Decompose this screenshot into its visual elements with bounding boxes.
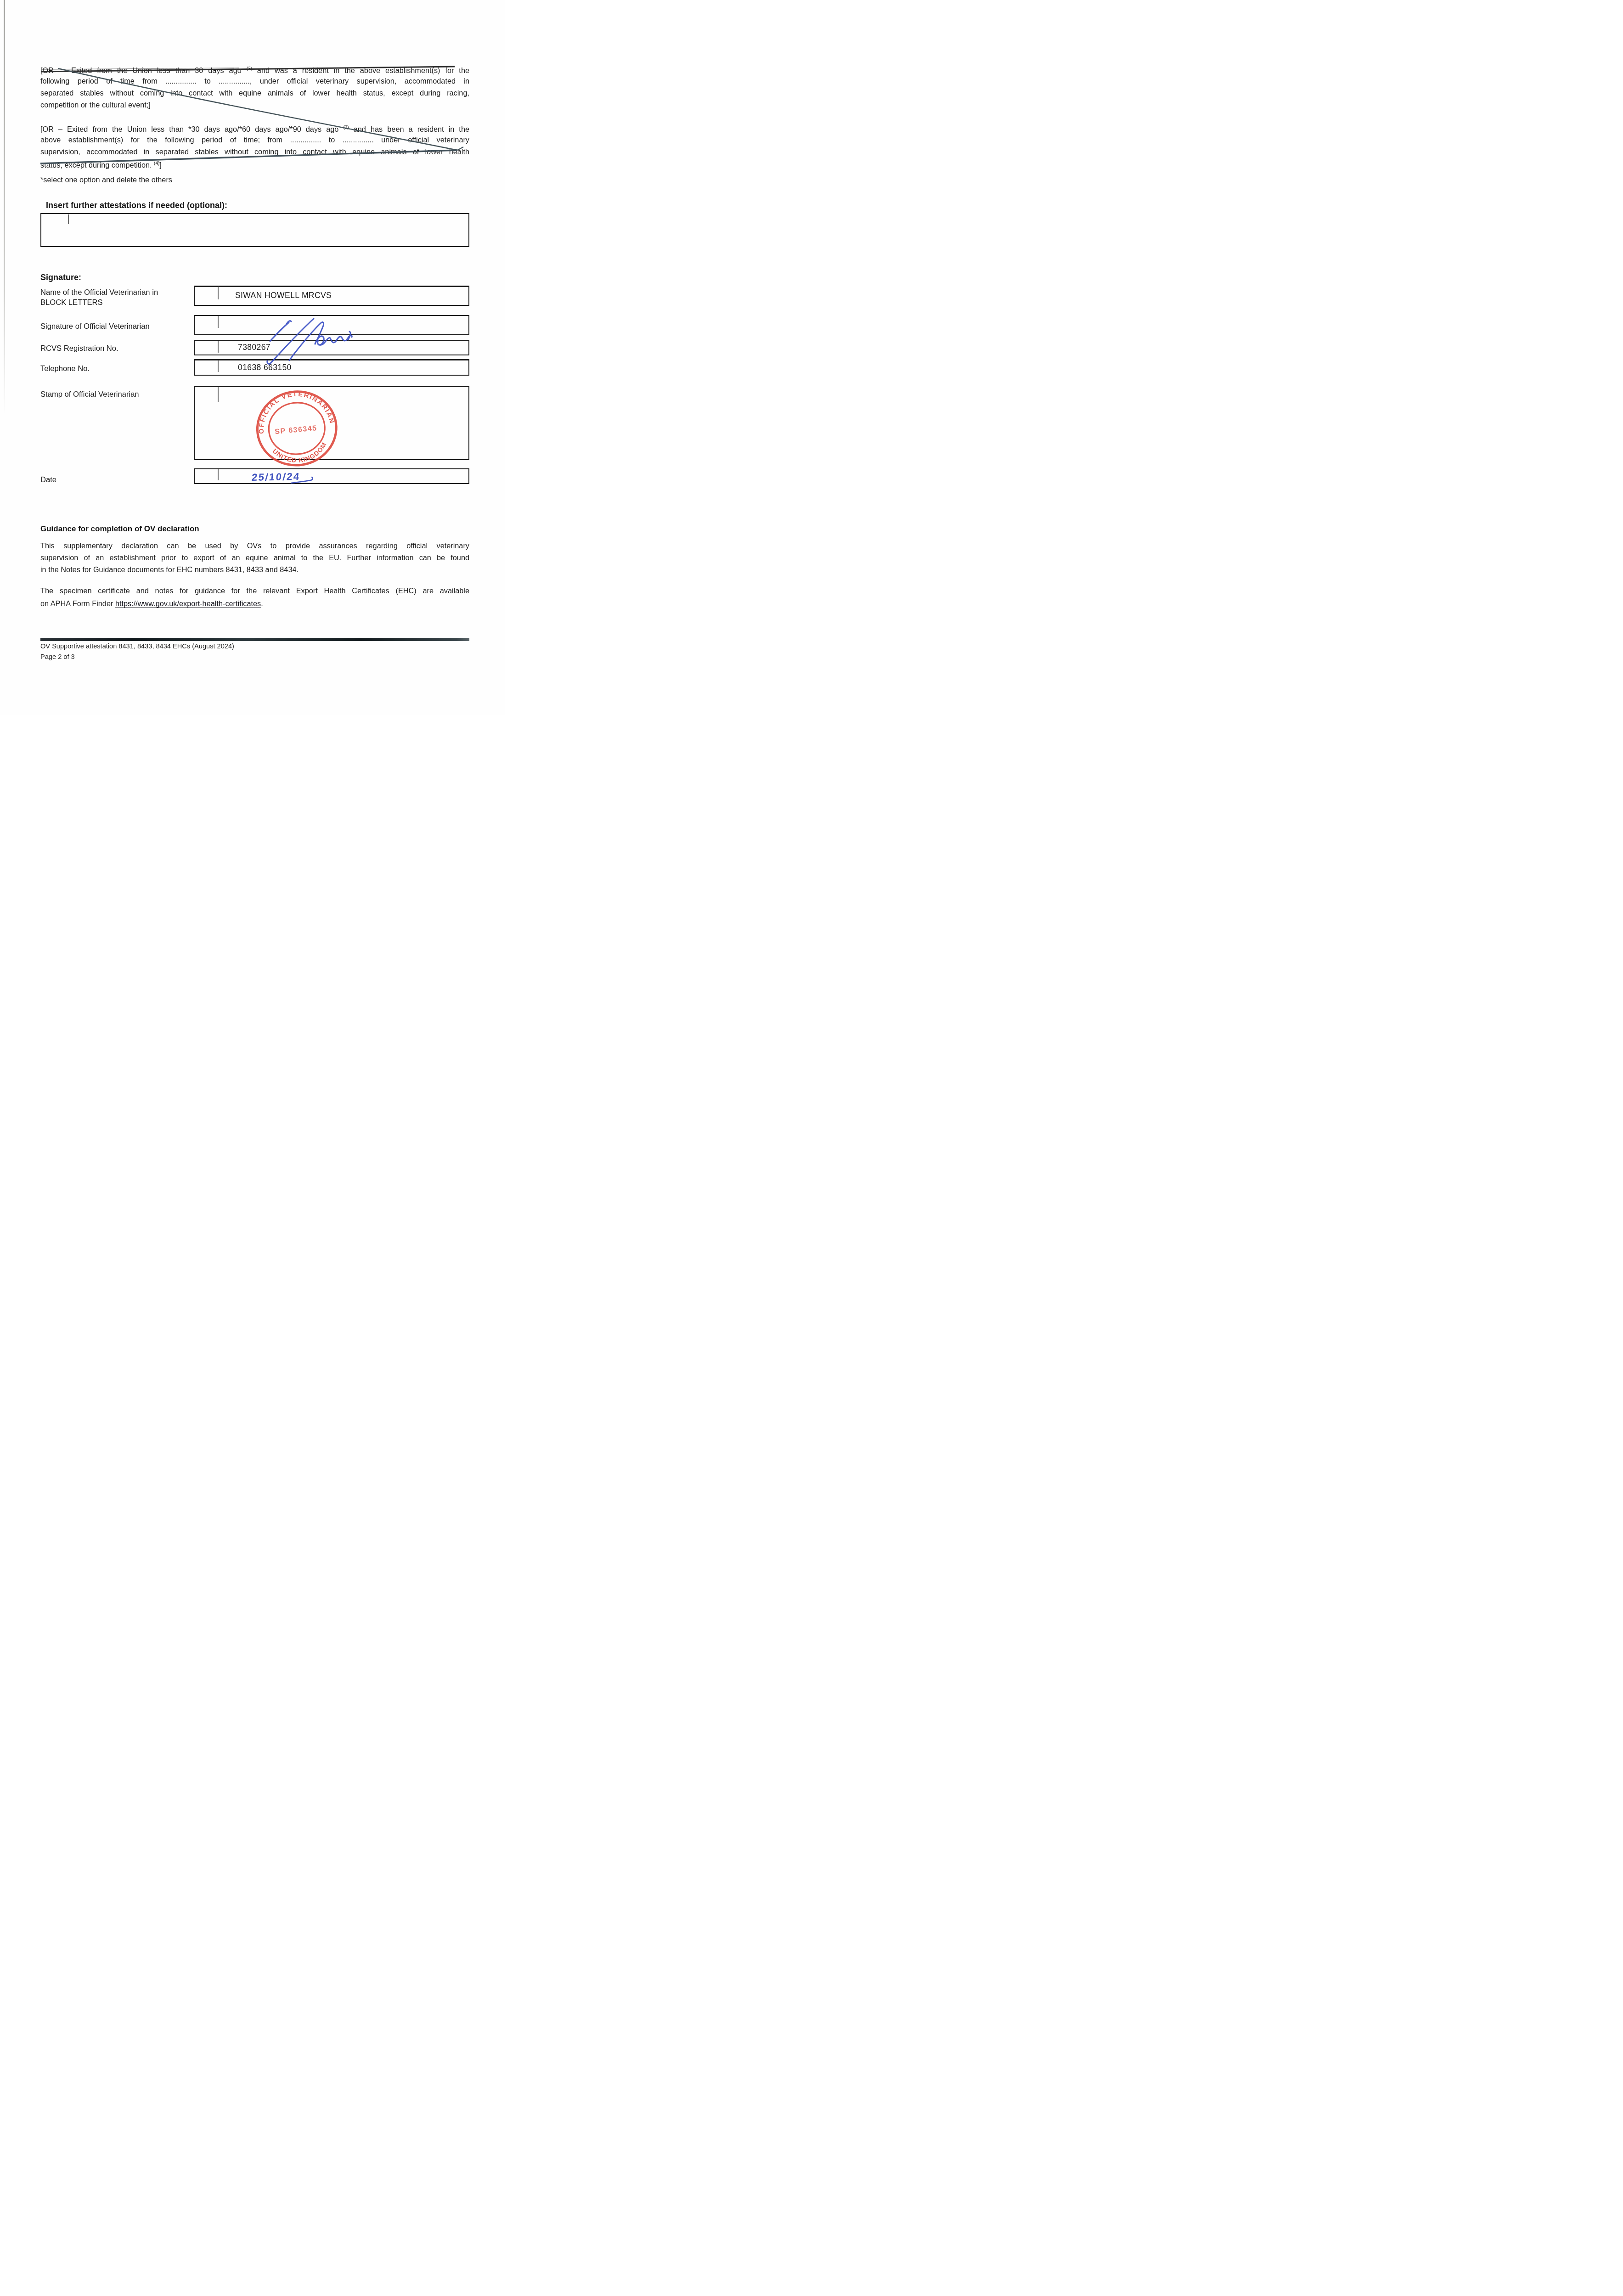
specimen-line: on APHA Form Finder https://www.gov.uk/e… [40,598,469,610]
guidance-line: supervision of an establishment prior to… [40,552,469,564]
footer-rule [40,638,469,641]
cell-divider-tick [218,387,219,402]
footnote-ref: (3) [247,67,252,72]
scan-edge-artifact [4,0,5,416]
cell-divider-tick [218,469,219,480]
stamp-field-box[interactable] [194,386,469,460]
paragraph-line: separated stables without coming into co… [40,87,469,99]
paragraph-line: following period of time from ..........… [40,75,469,87]
paragraph-line: supervision, accommodated in separated s… [40,146,469,158]
paragraph-line: competition or the cultural event;] [40,99,469,111]
cell-divider-tick [68,214,69,224]
guidance-line: in the Notes for Guidance documents for … [40,564,469,576]
footnote-ref: (4) [154,161,159,166]
phone-value: 01638 663150 [238,363,292,372]
cell-divider-tick [218,341,219,353]
cell-divider-tick [218,287,219,299]
name-label: Name of the Official Veterinarian in BLO… [40,287,174,308]
cell-divider-tick [218,360,219,372]
paragraph-line: above establishment(s) for the following… [40,134,469,146]
attestations-input-box[interactable] [40,213,469,247]
select-option-note: *select one option and delete the others [40,176,172,185]
footer-page-number: Page 2 of 3 [40,653,75,661]
phone-field-box[interactable] [194,359,469,376]
rcvs-field-box[interactable] [194,340,469,355]
specimen-line: The specimen certificate and notes for g… [40,585,469,597]
attestations-heading: Insert further attestations if needed (o… [46,201,227,210]
document-page: [OR — Exited from the Union less than 30… [0,0,505,715]
name-value: SIWAN HOWELL MRCVS [235,291,332,300]
guidance-heading: Guidance for completion of OV declaratio… [40,524,199,534]
guidance-line: This supplementary declaration can be us… [40,540,469,552]
signature-section-heading: Signature: [40,273,81,282]
signature-label: Signature of Official Veterinarian [40,321,192,332]
paragraph-line: status, except during competition. (4)] [40,158,469,170]
export-health-certificates-link[interactable]: https://www.gov.uk/export-health-certifi… [115,600,261,608]
cell-divider-tick [218,316,219,328]
date-label: Date [40,475,132,485]
date-value-handwritten: 25/10/24 [251,471,301,484]
date-field-box[interactable] [194,468,469,484]
paragraph-line: [OR — Exited from the Union less than 30… [40,63,469,75]
paragraph-line: [OR – Exited from the Union less than *3… [40,122,469,134]
rcvs-label: RCVS Registration No. [40,343,192,354]
stamp-label: Stamp of Official Veterinarian [40,389,192,400]
phone-label: Telephone No. [40,364,192,374]
signature-field-box[interactable] [194,315,469,335]
footer-doc-ref: OV Supportive attestation 8431, 8433, 84… [40,643,234,650]
rcvs-value: 7380267 [238,343,270,352]
footnote-ref: (3) [343,125,349,130]
